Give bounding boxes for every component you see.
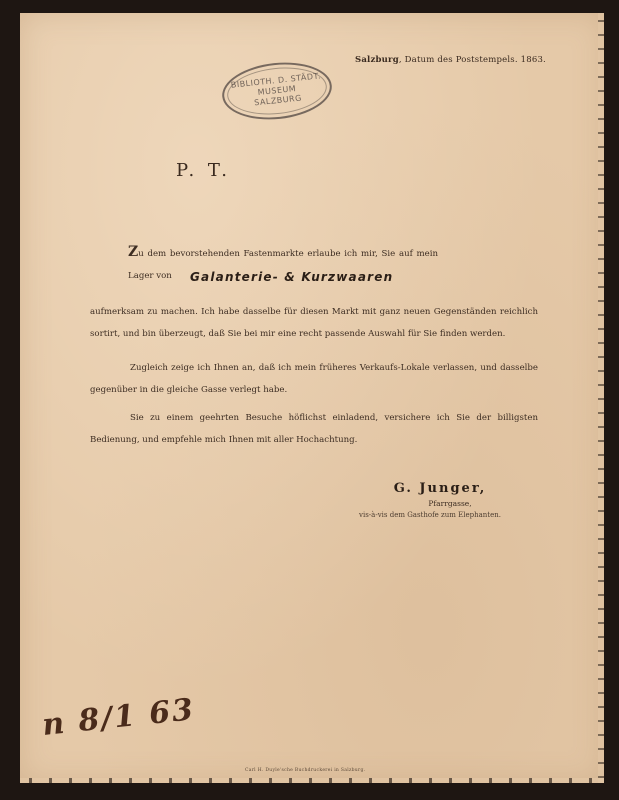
date-text: , Datum des Poststempels. 1863. bbox=[399, 55, 546, 65]
drop-capital: Z bbox=[128, 244, 138, 260]
stamp-line-3: SALZBURG bbox=[254, 93, 303, 108]
paragraph-3: Zugleich zeige ich Ihnen an, daß ich mei… bbox=[90, 357, 538, 401]
signature-name: G. Junger, bbox=[350, 481, 530, 496]
salutation: P. T. bbox=[176, 160, 231, 181]
paragraph-4: Sie zu einem geehrten Besuche höflichst … bbox=[90, 407, 538, 451]
signature-street: Pfarrgasse, bbox=[370, 499, 530, 508]
torn-edge-bottom bbox=[20, 778, 604, 783]
merchandise-heading: Galanterie- & Kurzwaaren bbox=[190, 270, 393, 284]
place-date-line: Salzburg, Datum des Poststempels. 1863. bbox=[355, 55, 546, 65]
stamp-line-2: MUSEUM bbox=[257, 84, 296, 98]
signature-location: vis-à-vis dem Gasthofe zum Elephanten. bbox=[330, 511, 530, 519]
torn-edge-right bbox=[598, 13, 604, 783]
stamp-line-1: BIBLIOTH. D. STÄDT. bbox=[230, 71, 321, 90]
city-name: Salzburg bbox=[355, 55, 399, 65]
paragraph-2: aufmerksam zu machen. Ich habe dasselbe … bbox=[90, 301, 538, 345]
signature-block: G. Junger, Pfarrgasse, vis-à-vis dem Gas… bbox=[330, 481, 530, 519]
printer-imprint: Carl H. Duyle'sche Buchdruckerei in Salz… bbox=[245, 768, 365, 773]
